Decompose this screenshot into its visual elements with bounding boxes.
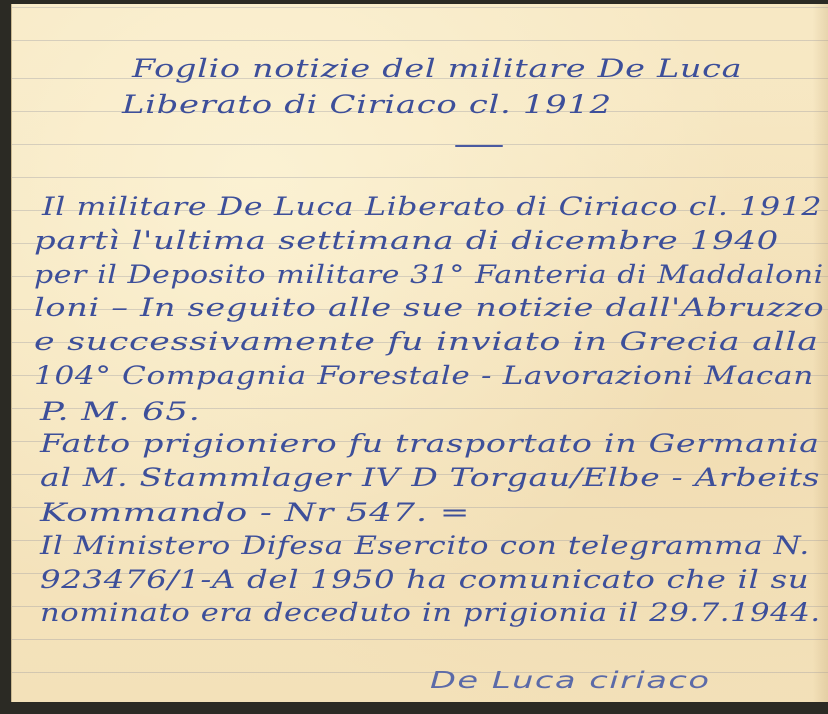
lined-paper-sheet: Foglio notizie del militare De Luca Libe…: [11, 4, 828, 702]
body-line-4: loni – In seguito alle sue notizie dall'…: [34, 293, 824, 322]
body-line-12: 923476/1-A del 1950 ha comunicato che il…: [40, 565, 809, 594]
signature: De Luca ciriaco: [430, 668, 710, 694]
body-line-1: Il militare De Luca Liberato di Ciriaco …: [42, 192, 822, 221]
body-line-8: Fatto prigioniero fu trasportato in Germ…: [40, 429, 820, 458]
body-line-13: nominato era deceduto in prigionia il 29…: [40, 598, 821, 627]
body-line-6: 104° Compagnia Forestale - Lavorazioni M…: [34, 361, 814, 390]
title-line-2: Liberato di Ciriaco cl. 1912: [122, 90, 612, 119]
body-line-5: e successivamente fu inviato in Grecia a…: [34, 327, 819, 356]
title-line-1: Foglio notizie del militare De Luca: [132, 54, 742, 83]
title-underline-divider: [455, 145, 503, 147]
body-line-2: partì l'ultima settimana di dicembre 194…: [34, 226, 779, 255]
scanned-document: Foglio notizie del militare De Luca Libe…: [0, 0, 828, 714]
body-line-10: Kommando - Nr 547. =: [40, 498, 470, 527]
body-line-11: Il Ministero Difesa Esercito con telegra…: [40, 531, 810, 560]
body-line-3: per il Deposito militare 31° Fanteria di…: [34, 260, 824, 289]
body-line-7: P. M. 65.: [40, 397, 201, 426]
body-line-9: al M. Stammlager IV D Torgau/Elbe - Arbe…: [40, 463, 820, 492]
